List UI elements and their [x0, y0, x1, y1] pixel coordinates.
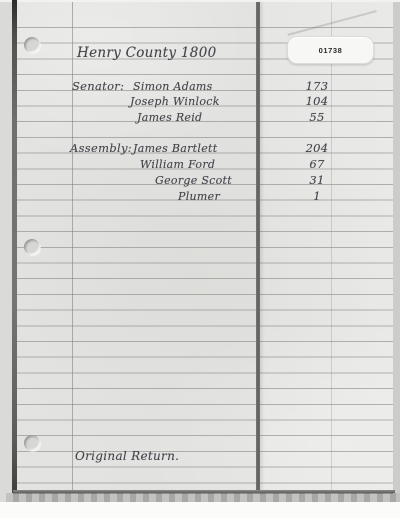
scan-background-bottom [6, 493, 400, 502]
catalog-sticker: 01738 [287, 36, 374, 64]
scan-background-right [393, 0, 400, 502]
vote-count: 55 [287, 111, 347, 124]
ledger-row: Joseph Winlock104 [0, 93, 400, 109]
candidate-name: Joseph Winlock [130, 95, 220, 108]
candidate-name: Plumer [178, 190, 220, 203]
vote-count: 173 [287, 80, 347, 93]
scanned-ledger-page: 01738 Henry County 1800 Senator:Simon Ad… [0, 0, 400, 518]
vote-count: 1 [287, 190, 347, 203]
vote-count: 67 [287, 158, 347, 171]
office-label: Assembly: [70, 142, 132, 155]
ledger-row: Plumer1 [0, 187, 400, 203]
ledger-spine-line [256, 2, 260, 493]
page-title: Henry County 1800 [77, 45, 216, 61]
candidate-name: James Bartlett [133, 142, 217, 155]
ledger-row: Assembly:James Bartlett204 [0, 140, 400, 156]
office-label: Senator: [72, 80, 124, 93]
candidate-name: Simon Adams [133, 80, 213, 93]
punch-hole-middle [24, 239, 40, 255]
ledger-row: James Reid55 [0, 108, 400, 124]
right-column-line [331, 2, 332, 493]
ledger-row: Senator:Simon Adams173 [0, 77, 400, 93]
punch-hole-top [24, 37, 40, 53]
vote-count: 104 [287, 95, 347, 108]
left-margin-line [72, 2, 73, 493]
scan-background-bottom-strip [0, 502, 400, 518]
candidate-name: James Reid [137, 111, 202, 124]
candidate-name: William Ford [140, 158, 215, 171]
ledger-row: George Scott31 [0, 171, 400, 187]
punch-hole-bottom [24, 435, 40, 451]
paper-left-edge-shadow [12, 0, 17, 493]
paper-bottom-edge-shadow [13, 490, 395, 493]
catalog-number: 01738 [319, 46, 343, 55]
ledger-row: William Ford67 [0, 155, 400, 171]
footer-note: Original Return. [75, 449, 179, 463]
vote-count: 31 [287, 174, 347, 187]
vote-count: 204 [287, 142, 347, 155]
blank-row [0, 124, 400, 140]
candidate-name: George Scott [155, 174, 232, 187]
entries: Senator:Simon Adams173Joseph Winlock104J… [0, 77, 400, 203]
